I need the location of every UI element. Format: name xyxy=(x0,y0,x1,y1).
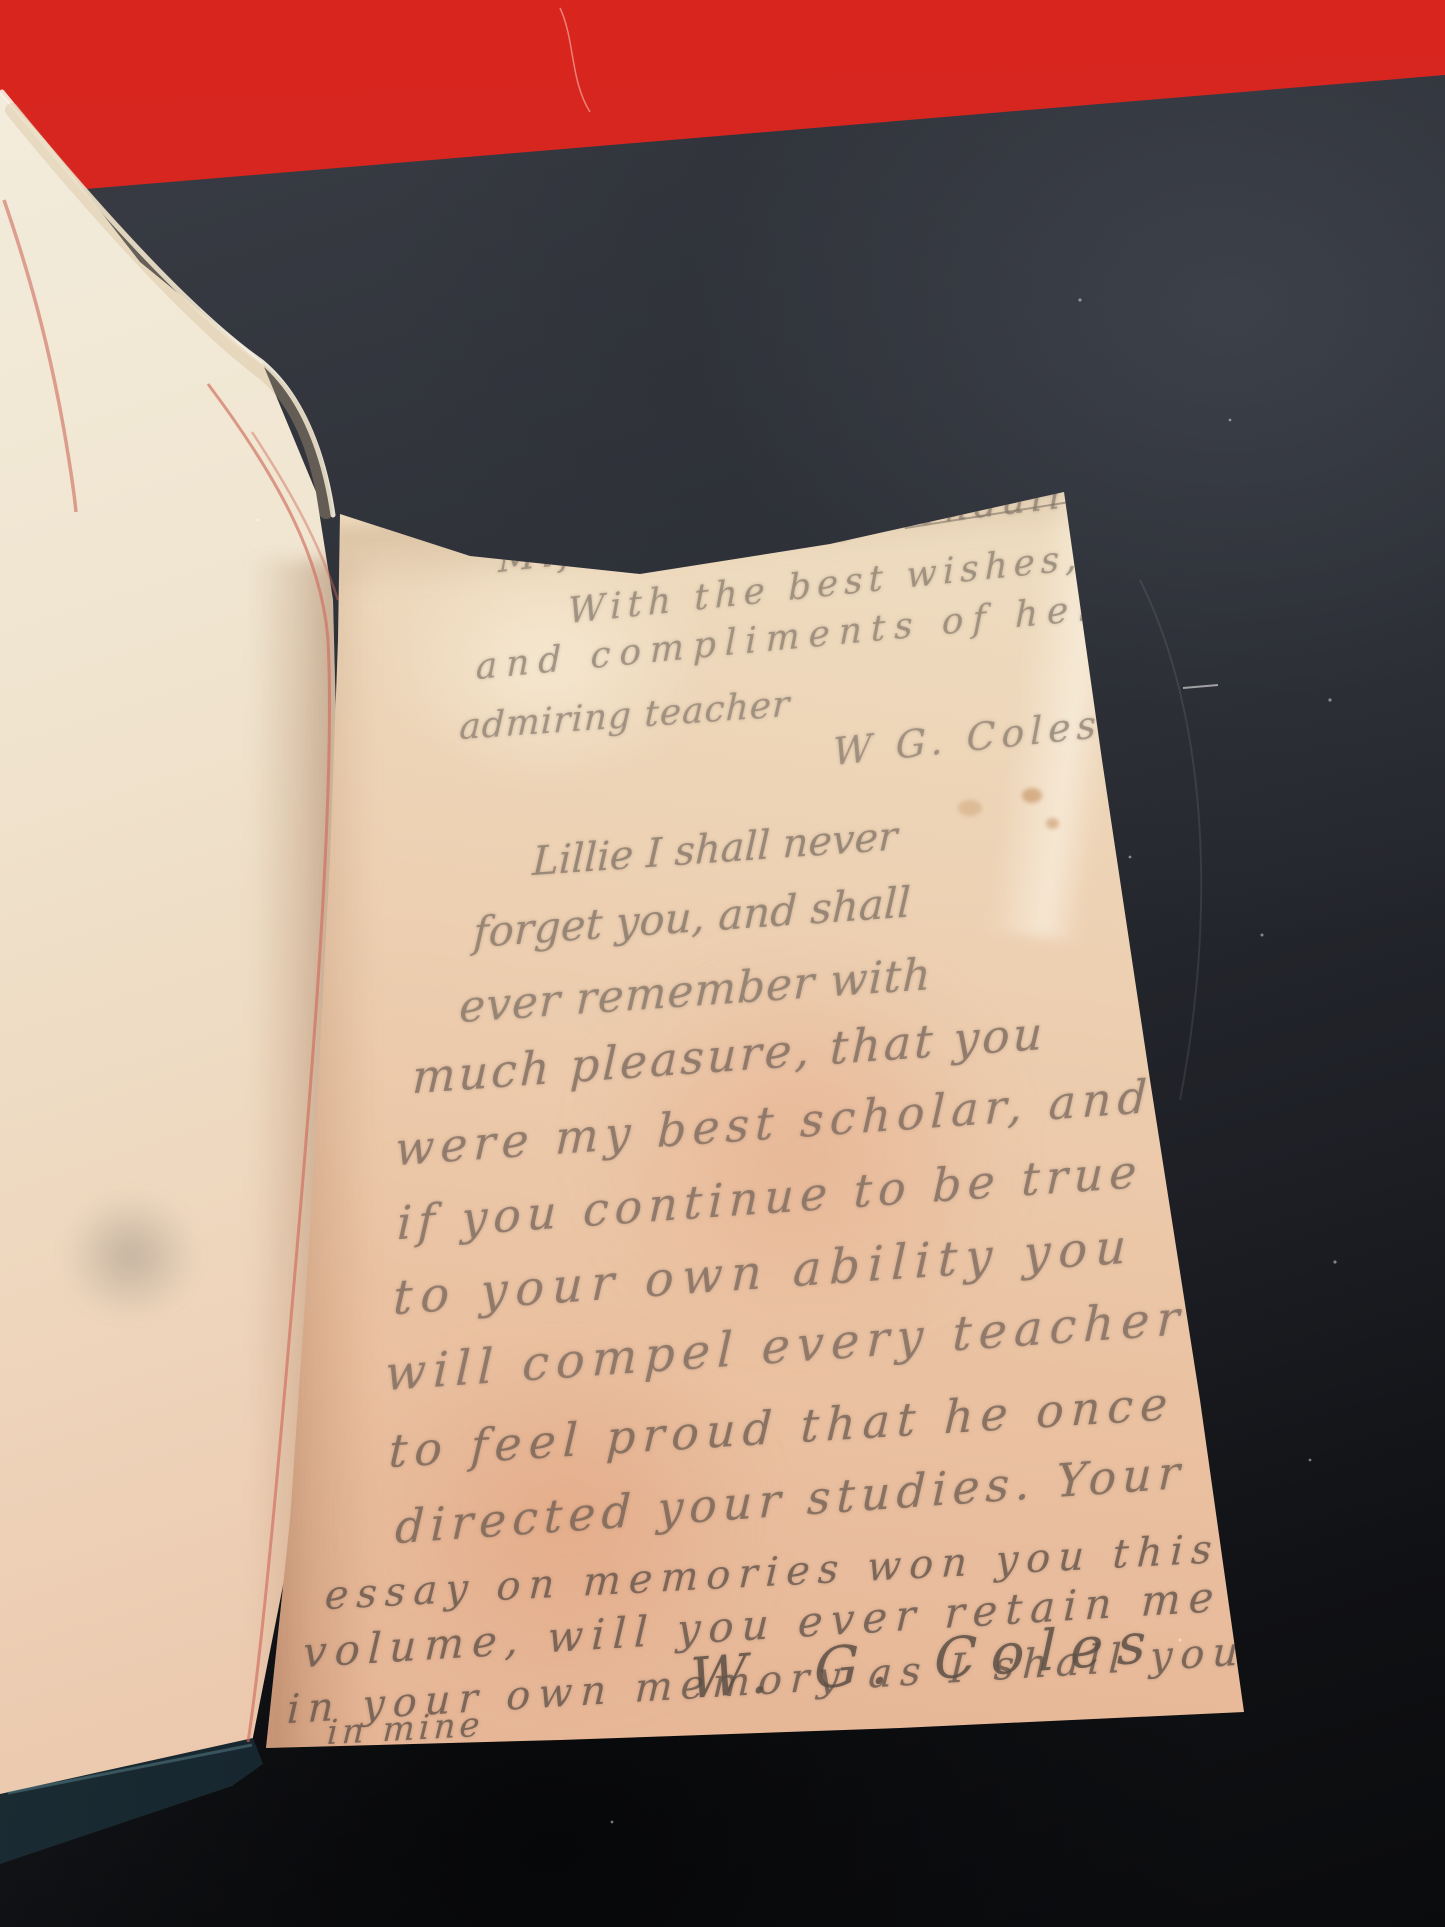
foxing-stain xyxy=(958,800,982,816)
photo-scene: July 1882, Miſs Lillie May Kendall With … xyxy=(0,0,1445,1927)
note-line: Lillie I shall never xyxy=(532,816,898,882)
foxing-stain xyxy=(1022,788,1042,803)
left-page-smudge xyxy=(38,1168,223,1343)
foxing-stain xyxy=(1046,818,1059,829)
